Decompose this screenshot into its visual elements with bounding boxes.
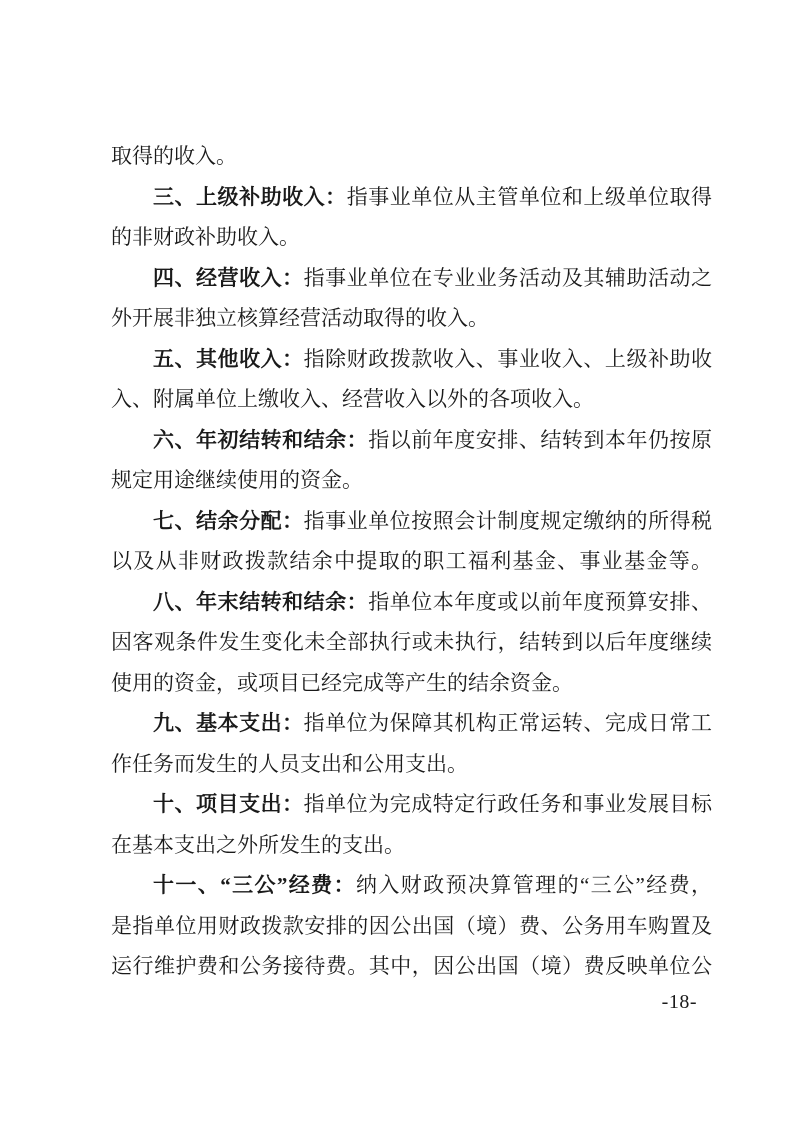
text-line: 八、年末结转和结余：指单位本年度或以前年度预算安排、 [111,582,712,623]
term-heading: 八、年末结转和结余： [153,590,368,614]
text-line: 外开展非独立核算经营活动取得的收入。 [111,298,712,339]
line-text: 因客观条件发生变化未全部执行或未执行，结转到以后年度继续 [111,630,712,654]
document-body: 取得的收入。 三、上级补助收入：指事业单位从主管单位和上级单位取得 的非财政补助… [111,136,712,987]
text-line: 入、附属单位上缴收入、经营收入以外的各项收入。 [111,379,712,420]
line-text: 指事业单位在专业业务活动及其辅助活动之 [304,266,712,290]
text-line: 三、上级补助收入：指事业单位从主管单位和上级单位取得 [111,177,712,218]
line-text: 作任务而发生的人员支出和公用支出。 [111,752,468,776]
line-text: 纳入财政预决算管理的“三公”经费， [356,873,712,897]
line-text: 以及从非财政拨款结余中提取的职工福利基金、事业基金等。 [111,549,712,573]
line-text: 指单位本年度或以前年度预算安排、 [368,590,712,614]
line-text: 指事业单位从主管单位和上级单位取得 [347,185,712,209]
text-line: 七、结余分配：指事业单位按照会计制度规定缴纳的所得税 [111,501,712,542]
text-line: 运行维护费和公务接待费。其中，因公出国（境）费反映单位公 [111,946,712,987]
term-heading: 九、基本支出： [153,711,304,735]
text-line: 四、经营收入：指事业单位在专业业务活动及其辅助活动之 [111,258,712,299]
line-text: 指以前年度安排、结转到本年仍按原 [368,428,712,452]
text-line: 使用的资金，或项目已经完成等产生的结余资金。 [111,663,712,704]
line-text: 指事业单位按照会计制度规定缴纳的所得税 [304,509,712,533]
line-text: 指单位为完成特定行政任务和事业发展目标 [304,792,712,816]
text-line: 取得的收入。 [111,136,712,177]
text-line: 的非财政补助收入。 [111,217,712,258]
text-line: 五、其他收入：指除财政拨款收入、事业收入、上级补助收 [111,339,712,380]
document-page: 取得的收入。 三、上级补助收入：指事业单位从主管单位和上级单位取得 的非财政补助… [0,0,793,1122]
line-text: 使用的资金，或项目已经完成等产生的结余资金。 [111,671,573,695]
line-text: 在基本支出之外所发生的支出。 [111,833,405,857]
text-line: 九、基本支出：指单位为保障其机构正常运转、完成日常工 [111,703,712,744]
text-line: 十、项目支出：指单位为完成特定行政任务和事业发展目标 [111,784,712,825]
line-text: 指除财政拨款收入、事业收入、上级补助收 [304,347,712,371]
text-line: 作任务而发生的人员支出和公用支出。 [111,744,712,785]
term-heading: 六、年初结转和结余： [153,428,368,452]
text-line: 在基本支出之外所发生的支出。 [111,825,712,866]
term-heading: 四、经营收入： [153,266,304,290]
line-text: 的非财政补助收入。 [111,225,300,249]
line-text: 运行维护费和公务接待费。其中，因公出国（境）费反映单位公 [111,954,712,978]
text-line: 六、年初结转和结余：指以前年度安排、结转到本年仍按原 [111,420,712,461]
line-text: 入、附属单位上缴收入、经营收入以外的各项收入。 [111,387,594,411]
line-text: 规定用途继续使用的资金。 [111,468,363,492]
line-text: 取得的收入。 [111,144,237,168]
text-line: 以及从非财政拨款结余中提取的职工福利基金、事业基金等。 [111,541,712,582]
term-heading: 十一、“三公”经费： [153,873,356,897]
term-heading: 十、项目支出： [153,792,304,816]
term-heading: 七、结余分配： [153,509,304,533]
text-line: 因客观条件发生变化未全部执行或未执行，结转到以后年度继续 [111,622,712,663]
line-text: 外开展非独立核算经营活动取得的收入。 [111,306,489,330]
text-line: 是指单位用财政拨款安排的因公出国（境）费、公务用车购置及 [111,906,712,947]
text-line: 十一、“三公”经费：纳入财政预决算管理的“三公”经费， [111,865,712,906]
term-heading: 三、上级补助收入： [153,185,347,209]
text-line: 规定用途继续使用的资金。 [111,460,712,501]
line-text: 指单位为保障其机构正常运转、完成日常工 [304,711,712,735]
page-number: -18- [662,991,697,1014]
term-heading: 五、其他收入： [153,347,304,371]
line-text: 是指单位用财政拨款安排的因公出国（境）费、公务用车购置及 [111,914,712,938]
